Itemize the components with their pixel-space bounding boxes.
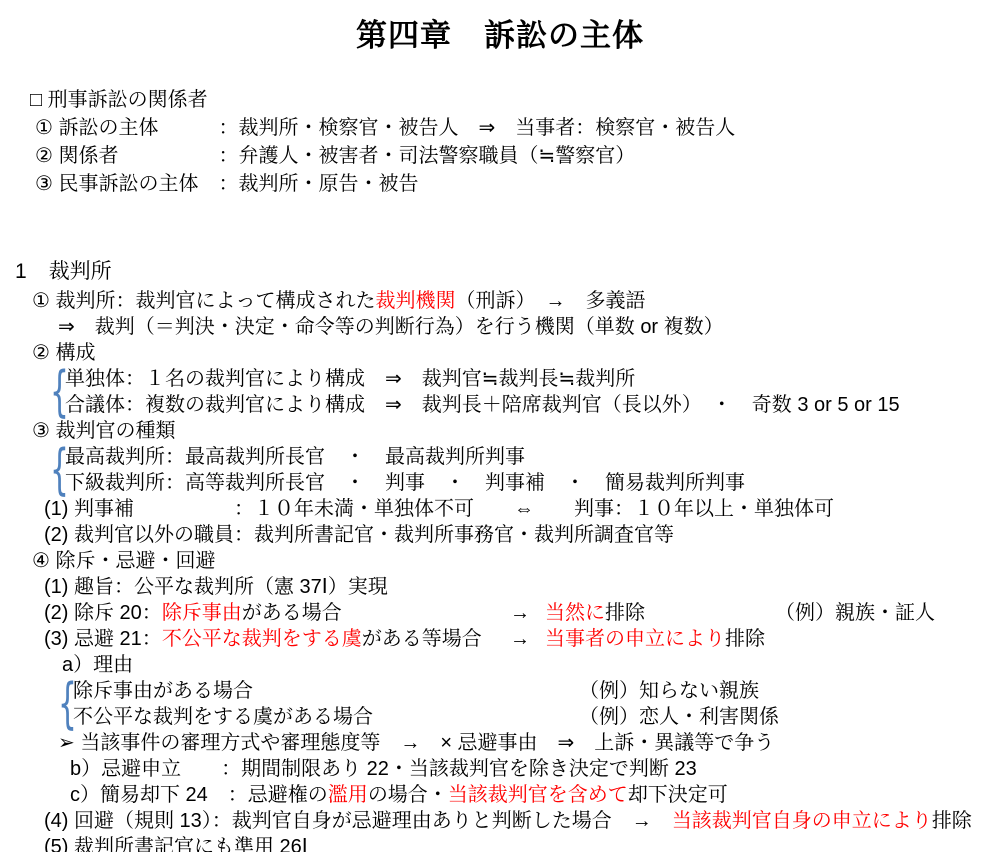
text-column: 当事者の申立により排除: [545, 626, 765, 652]
text-segment: (2) 裁判官以外の職員：裁判所書記官・裁判所事務官・裁判所調査官等: [44, 524, 674, 546]
curly-brace-icon: {: [58, 678, 66, 730]
doc-line: 最高裁判所：最高裁判所長官 ・ 最高裁判所判事: [65, 444, 1000, 470]
doc-line: (1) 判事補 ：１０年未満・単独体不可 ⇔ 判事：１０年以上・単独体可: [0, 496, 1000, 522]
text-segment: 単独体：１名の裁判官により構成 ⇒ 裁判官≒裁判長≒裁判所: [65, 368, 635, 390]
text-segment: (4) 回避（規則 13）：裁判官自身が忌避理由ありと判断した場合 →: [44, 810, 672, 832]
text-column: →: [510, 600, 530, 626]
text-segment: ➢ 当該事件の審理方式や審理態度等 → × 忌避事由 ⇒ 上訴・異議等で争う: [58, 732, 774, 754]
doc-line: (4) 回避（規則 13）：裁判官自身が忌避理由ありと判断した場合 → 当該裁判…: [0, 808, 1000, 834]
doc-line: (5) 裁判所書記官にも準用 26Ⅰ: [0, 834, 1000, 852]
text-column: （例）知らない親族: [579, 678, 759, 704]
text-segment: 当然に: [545, 602, 605, 624]
text-segment: 排除: [932, 810, 972, 832]
text-segment: ④ 除斥・忌避・回避: [32, 550, 216, 572]
curly-brace-icon: {: [50, 444, 58, 496]
text-segment: 排除: [605, 602, 645, 624]
doc-line: (3) 忌避 21：不公平な裁判をする虞がある等場合→当事者の申立により排除: [0, 626, 1000, 652]
text-segment: 当該裁判官を含めて: [448, 784, 628, 806]
text-segment: 下級裁判所：高等裁判所長官 ・ 判事 ・ 判事補 ・ 簡易裁判所判事: [65, 472, 745, 494]
document-page: 第四章 訴訟の主体 □ 刑事訴訟の関係者 ① 訴訟の主体 ：裁判所・検察官・被告…: [0, 0, 1000, 852]
bracket-rows: 最高裁判所：最高裁判所長官 ・ 最高裁判所判事下級裁判所：高等裁判所長官 ・ 判…: [65, 444, 1000, 496]
doc-line: ① 裁判所：裁判官によって構成された裁判機関（刑訴） → 多義語: [0, 288, 1000, 314]
intro-item: ① 訴訟の主体 ：裁判所・検察官・被告人 ⇒ 当事者：検察官・被告人: [0, 114, 1000, 142]
intro-item: ② 関係者 ：弁護人・被害者・司法警察職員（≒警察官）: [0, 142, 1000, 170]
text-segment: →: [510, 628, 530, 650]
checkbox-icon: □: [30, 89, 42, 111]
text-segment: (1) 趣旨：公平な裁判所（憲 37Ⅰ）実現: [44, 576, 388, 598]
doc-line: (1) 趣旨：公平な裁判所（憲 37Ⅰ）実現: [0, 574, 1000, 600]
text-segment: 裁判機関: [376, 290, 456, 312]
section-heading: 1裁判所: [0, 256, 1000, 288]
doc-line: ➢ 当該事件の審理方式や審理態度等 → × 忌避事由 ⇒ 上訴・異議等で争う: [0, 730, 1000, 756]
text-segment: 合議体：複数の裁判官により構成 ⇒ 裁判長＋陪席裁判官（長以外） ・ 奇数 3 …: [65, 394, 900, 416]
doc-line: ⇒ 裁判（＝判決・決定・命令等の判断行為）を行う機関（単数 or 複数）: [0, 314, 1000, 340]
section-heading-label: 裁判所: [49, 260, 112, 283]
doc-line: b）忌避申立 ：期間制限あり 22・当該裁判官を除き決定で判断 23: [0, 756, 1000, 782]
text-segment: 不公平な裁判をする虞がある場合: [73, 706, 373, 728]
text-segment: 濫用: [328, 784, 368, 806]
bracket-rows: 除斥事由がある場合（例）知らない親族不公平な裁判をする虞がある場合（例）恋人・利…: [73, 678, 1000, 730]
text-segment: (1) 判事補 ：１０年未満・単独体不可 ⇔ 判事：１０年以上・単独体可: [44, 498, 834, 520]
text-segment: b）忌避申立 ：期間制限あり 22・当該裁判官を除き決定で判断 23: [70, 758, 697, 780]
text-segment: 当事者の申立により: [545, 628, 725, 650]
text-segment: がある等場合: [362, 628, 482, 650]
text-segment: →: [510, 602, 530, 624]
section-number: 1: [15, 260, 27, 283]
text-segment: ① 裁判所：裁判官によって構成された: [32, 290, 376, 312]
doc-line: 不公平な裁判をする虞がある場合（例）恋人・利害関係: [73, 704, 1000, 730]
bracket-group: {除斥事由がある場合（例）知らない親族不公平な裁判をする虞がある場合（例）恋人・…: [0, 678, 1000, 730]
doc-line: (2) 除斥 20：除斥事由がある場合→当然に排除（例）親族・証人: [0, 600, 1000, 626]
text-segment: （例）親族・証人: [775, 602, 935, 624]
doc-line: ③ 裁判官の種類: [0, 418, 1000, 444]
doc-line: c）簡易却下 24 ：忌避権の濫用の場合・当該裁判官を含めて却下決定可: [0, 782, 1000, 808]
text-segment: の場合・: [368, 784, 448, 806]
text-segment: (3) 忌避 21：: [44, 628, 162, 650]
text-segment: 排除: [725, 628, 765, 650]
text-segment: （例）恋人・利害関係: [579, 706, 779, 728]
text-segment: 除斥事由がある場合: [73, 680, 253, 702]
text-segment: 最高裁判所：最高裁判所長官 ・ 最高裁判所判事: [65, 446, 525, 468]
text-segment: がある場合: [242, 602, 342, 624]
text-column: 当然に排除: [545, 600, 645, 626]
doc-line: a）理由: [0, 652, 1000, 678]
intro-section: □ 刑事訴訟の関係者 ① 訴訟の主体 ：裁判所・検察官・被告人 ⇒ 当事者：検察…: [0, 86, 1000, 198]
curly-brace-icon: {: [50, 366, 58, 418]
text-segment: 却下決定可: [628, 784, 728, 806]
bracket-rows: 単独体：１名の裁判官により構成 ⇒ 裁判官≒裁判長≒裁判所合議体：複数の裁判官に…: [65, 366, 1000, 418]
intro-item: ③ 民事訴訟の主体 ：裁判所・原告・被告: [0, 170, 1000, 198]
doc-line: 単独体：１名の裁判官により構成 ⇒ 裁判官≒裁判長≒裁判所: [65, 366, 1000, 392]
bracket-group: {単独体：１名の裁判官により構成 ⇒ 裁判官≒裁判長≒裁判所合議体：複数の裁判官…: [0, 366, 1000, 418]
text-column: （例）恋人・利害関係: [579, 704, 779, 730]
text-segment: c）簡易却下 24 ：忌避権の: [70, 784, 328, 806]
text-segment: (2) 除斥 20：: [44, 602, 162, 624]
doc-line: (2) 裁判官以外の職員：裁判所書記官・裁判所事務官・裁判所調査官等: [0, 522, 1000, 548]
text-segment: 不公平な裁判をする虞: [162, 628, 362, 650]
text-segment: （例）知らない親族: [579, 680, 759, 702]
text-segment: (5) 裁判所書記官にも準用 26Ⅰ: [44, 836, 308, 852]
doc-line: 下級裁判所：高等裁判所長官 ・ 判事 ・ 判事補 ・ 簡易裁判所判事: [65, 470, 1000, 496]
text-segment: 当該裁判官自身の申立により: [672, 810, 932, 832]
intro-heading-label: 刑事訴訟の関係者: [48, 89, 208, 111]
text-segment: ⇒ 裁判（＝判決・決定・命令等の判断行為）を行う機関（単数 or 複数）: [58, 316, 724, 338]
bracket-group: {最高裁判所：最高裁判所長官 ・ 最高裁判所判事下級裁判所：高等裁判所長官 ・ …: [0, 444, 1000, 496]
text-column: （例）親族・証人: [775, 600, 935, 626]
text-column: →: [510, 626, 530, 652]
intro-heading: □ 刑事訴訟の関係者: [0, 86, 1000, 114]
doc-line: 除斥事由がある場合（例）知らない親族: [73, 678, 1000, 704]
doc-line: ④ 除斥・忌避・回避: [0, 548, 1000, 574]
intro-items: ① 訴訟の主体 ：裁判所・検察官・被告人 ⇒ 当事者：検察官・被告人② 関係者 …: [0, 114, 1000, 198]
page-title: 第四章 訴訟の主体: [0, 16, 1000, 56]
doc-line: 合議体：複数の裁判官により構成 ⇒ 裁判長＋陪席裁判官（長以外） ・ 奇数 3 …: [65, 392, 1000, 418]
text-segment: （刑訴） → 多義語: [456, 290, 646, 312]
text-segment: 除斥事由: [162, 602, 242, 624]
document-lines: ① 裁判所：裁判官によって構成された裁判機関（刑訴） → 多義語⇒ 裁判（＝判決…: [0, 288, 1000, 852]
doc-line: ② 構成: [0, 340, 1000, 366]
